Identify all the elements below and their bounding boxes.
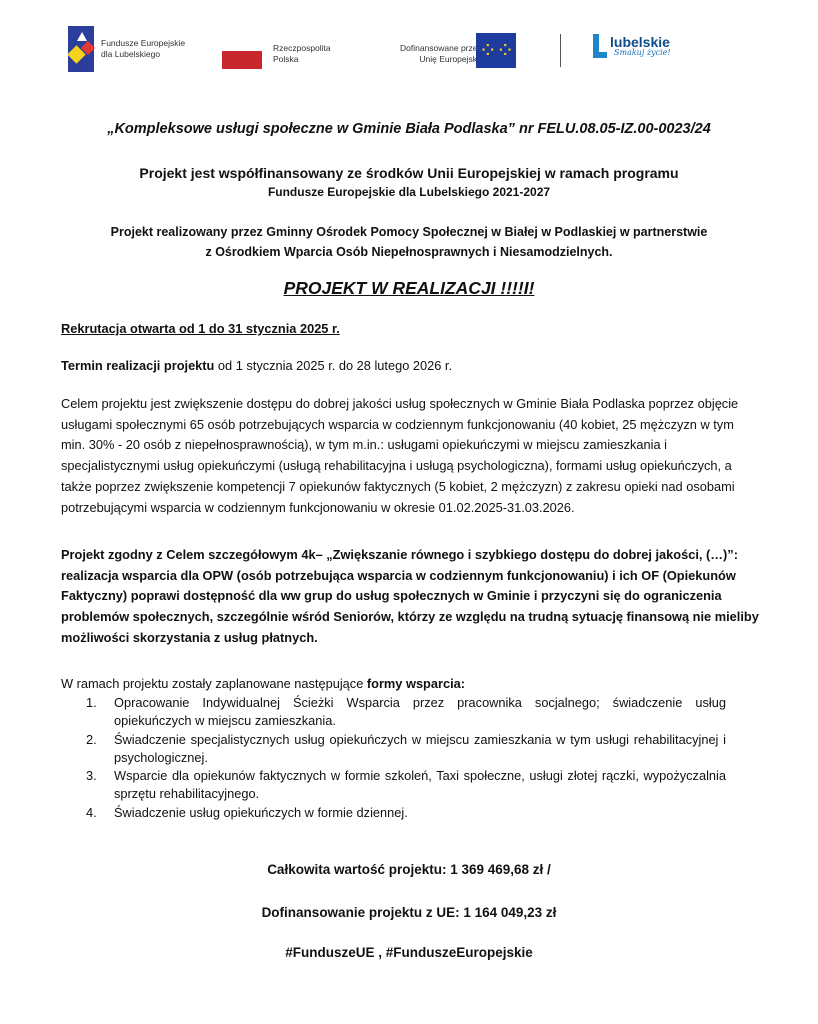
eu-flag-icon: ⁘⁘ [476, 33, 516, 68]
cofinanced-line1: Projekt jest współfinansowany ze środków… [0, 165, 818, 181]
eu-funding-value: Dofinansowanie projektu z UE: 1 164 049,… [0, 905, 818, 920]
compliance-paragraph: Projekt zgodny z Celem szczegółowym 4k– … [61, 545, 759, 649]
support-forms-list: 1.Opracowanie Indywidualnej Ścieżki Wspa… [82, 694, 726, 822]
list-item-text: Świadczenie usług opiekuńczych w formie … [114, 805, 408, 820]
implemented-by: Projekt realizowany przez Gminny Ośrodek… [0, 222, 818, 262]
fe-emblem-icon [68, 26, 94, 72]
implemented-line2: z Ośrodkiem Wparcia Osób Niepełnosprawny… [0, 242, 818, 262]
lubelskie-logo: lubelskie Smakuj życie! [593, 34, 671, 58]
list-item: 3.Wsparcie dla opiekunów faktycznych w f… [82, 767, 726, 804]
total-project-value: Całkowita wartość projektu: 1 369 469,68… [0, 862, 818, 877]
project-title: „Kompleksowe usługi społeczne w Gminie B… [0, 121, 818, 137]
list-number: 4. [86, 804, 97, 822]
support-forms-intro: W ramach projektu zostały zaplanowane na… [61, 676, 759, 691]
term-value: od 1 stycznia 2025 r. do 28 lutego 2026 … [214, 358, 452, 373]
cofinanced-line2: Fundusze Europejskie dla Lubelskiego 202… [0, 185, 818, 199]
hashtags: #FunduszeUE , #FunduszeEuropejskie [0, 945, 818, 960]
lubelskie-name: lubelskie [610, 35, 671, 49]
forms-intro-bold: formy wsparcia: [367, 676, 465, 691]
recruitment-period: Rekrutacja otwarta od 1 do 31 stycznia 2… [61, 321, 759, 336]
logo-divider [560, 34, 561, 67]
list-number: 3. [86, 767, 97, 785]
lubelskie-l-icon [593, 34, 607, 58]
eu-line2: Unię Europejską [400, 54, 482, 65]
term-label: Termin realizacji projektu [61, 358, 214, 373]
list-item-text: Świadczenie specjalistycznych usług opie… [114, 732, 726, 765]
list-item-text: Opracowanie Indywidualnej Ścieżki Wsparc… [114, 695, 726, 728]
rzeczpospolita-logo-text: Rzeczpospolita Polska [273, 43, 331, 65]
poland-flag-icon [222, 51, 262, 69]
list-number: 1. [86, 694, 97, 712]
logo-bar: Fundusze Europejskie dla Lubelskiego Rze… [60, 18, 720, 90]
list-item-text: Wsparcie dla opiekunów faktycznych w for… [114, 768, 726, 801]
eu-cofinanced-text: Dofinansowane przez Unię Europejską [400, 43, 482, 65]
rp-line1: Rzeczpospolita [273, 43, 331, 54]
list-item: 2.Świadczenie specjalistycznych usług op… [82, 731, 726, 768]
list-item: 1.Opracowanie Indywidualnej Ścieżki Wspa… [82, 694, 726, 731]
list-number: 2. [86, 731, 97, 749]
project-status-heading: PROJEKT W REALIZACJI !!!!I! [0, 278, 818, 299]
rp-line2: Polska [273, 54, 331, 65]
eu-stars-icon: ⁘⁘ [479, 40, 514, 62]
fundusze-europejskie-logo: Fundusze Europejskie dla Lubelskiego [68, 26, 185, 72]
implemented-line1: Projekt realizowany przez Gminny Ośrodek… [0, 222, 818, 242]
fe-logo-line1: Fundusze Europejskie [101, 38, 185, 49]
project-goal-paragraph: Celem projektu jest zwiększenie dostępu … [61, 394, 759, 518]
fe-logo-line2: dla Lubelskiego [101, 49, 185, 60]
project-term: Termin realizacji projektu od 1 stycznia… [61, 358, 759, 373]
lubelskie-tagline: Smakuj życie! [614, 49, 671, 57]
forms-intro-text: W ramach projektu zostały zaplanowane na… [61, 676, 367, 691]
eu-line1: Dofinansowane przez [400, 43, 482, 54]
list-item: 4.Świadczenie usług opiekuńczych w formi… [82, 804, 726, 822]
